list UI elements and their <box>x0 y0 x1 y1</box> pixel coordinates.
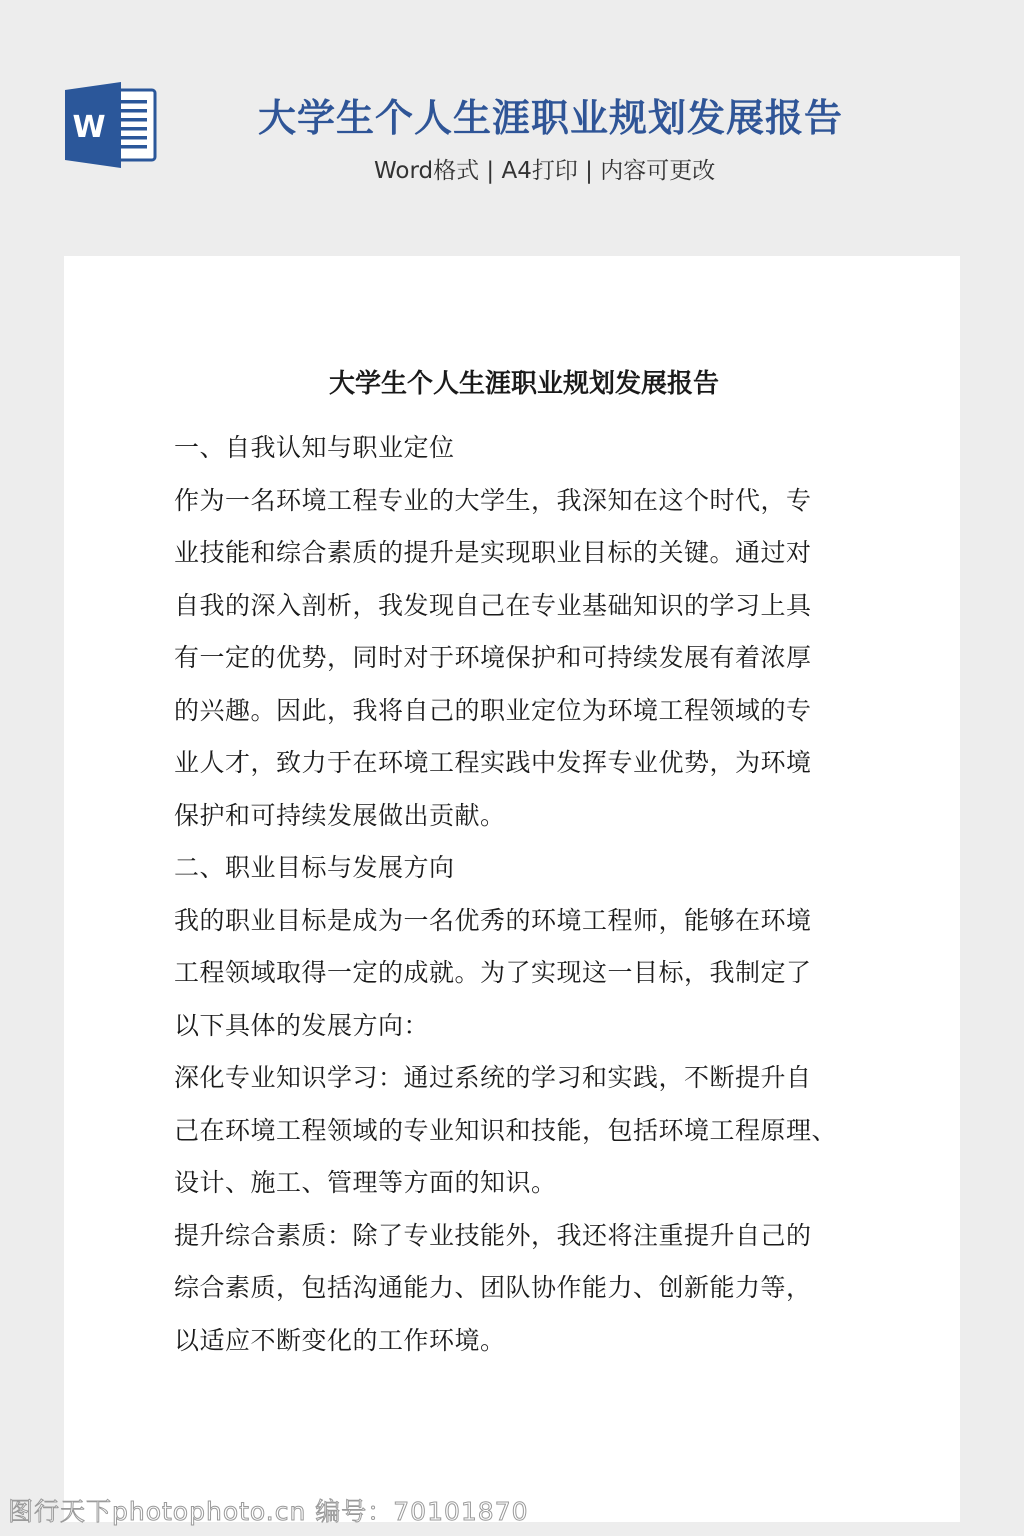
paragraph-line: 深化专业知识学习：通过系统的学习和实践，不断提升自 <box>174 1052 874 1105</box>
paragraph-line: 以下具体的发展方向： <box>174 1000 874 1053</box>
document-body: 大学生个人生涯职业规划发展报告 一、自我认知与职业定位 作为一名环境工程专业的大… <box>174 366 874 1367</box>
svg-text:W: W <box>72 110 105 145</box>
watermark-text: 图行天下photophoto.cn 编号：70101870 <box>8 1492 529 1528</box>
paragraph-line: 设计、施工、管理等方面的知识。 <box>174 1157 874 1210</box>
paragraph-line: 保护和可持续发展做出贡献。 <box>174 790 874 843</box>
document-title: 大学生个人生涯职业规划发展报告 <box>174 366 874 402</box>
paragraph-line: 工程领域取得一定的成就。为了实现这一目标，我制定了 <box>174 947 874 1000</box>
paragraph-line: 综合素质，包括沟通能力、团队协作能力、创新能力等， <box>174 1262 874 1315</box>
paragraph-line: 己在环境工程领域的专业知识和技能，包括环境工程原理、 <box>174 1105 874 1158</box>
paragraph-line: 自我的深入剖析，我发现自己在专业基础知识的学习上具 <box>174 580 874 633</box>
paragraph-line: 我的职业目标是成为一名优秀的环境工程师，能够在环境 <box>174 895 874 948</box>
paragraph-line: 作为一名环境工程专业的大学生，我深知在这个时代，专 <box>174 475 874 528</box>
paragraph-line: 的兴趣。因此，我将自己的职业定位为环境工程领域的专 <box>174 685 874 738</box>
header-subtitle: Word格式 | A4打印 | 内容可更改 <box>374 156 715 186</box>
section-heading: 二、职业目标与发展方向 <box>174 842 874 895</box>
paragraph-line: 有一定的优势，同时对于环境保护和可持续发展有着浓厚 <box>174 632 874 685</box>
header-banner: W 大学生个人生涯职业规划发展报告 Word格式 | A4打印 | 内容可更改 <box>0 0 1024 256</box>
paragraph-line: 业人才，致力于在环境工程实践中发挥专业优势，为环境 <box>174 737 874 790</box>
header-title: 大学生个人生涯职业规划发展报告 <box>258 94 878 142</box>
word-document-icon: W <box>65 82 157 168</box>
document-page: 大学生个人生涯职业规划发展报告 一、自我认知与职业定位 作为一名环境工程专业的大… <box>64 256 960 1522</box>
paragraph-line: 业技能和综合素质的提升是实现职业目标的关键。通过对 <box>174 527 874 580</box>
paragraph-line: 以适应不断变化的工作环境。 <box>174 1315 874 1368</box>
section-heading: 一、自我认知与职业定位 <box>174 422 874 475</box>
paragraph-line: 提升综合素质：除了专业技能外，我还将注重提升自己的 <box>174 1210 874 1263</box>
